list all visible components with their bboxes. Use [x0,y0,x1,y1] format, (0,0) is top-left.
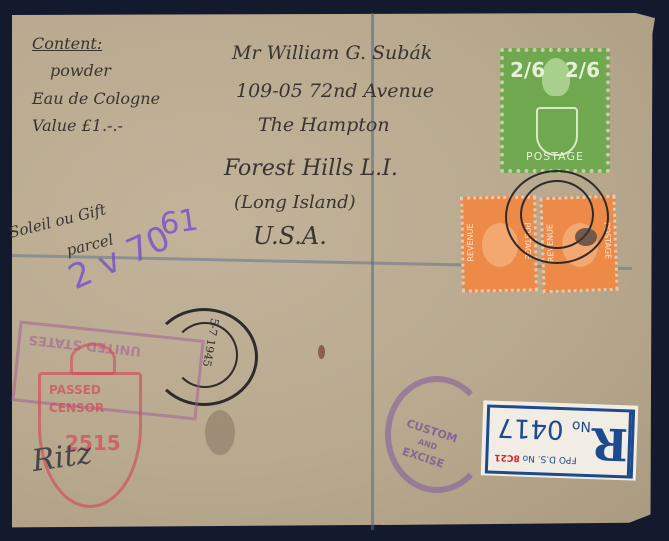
stamp-2s6d-green: 2/6 2/6 POSTAGE [500,48,610,173]
address-line: Mr William G. Subák [232,42,432,64]
registration-label: R No 0417 FPO D.S. No 8C21 [481,400,639,480]
address-line: 109-05 72nd Avenue [236,80,434,102]
crown-icon [70,343,116,375]
stain [205,410,235,455]
address-line: The Hampton [258,114,390,136]
contents-line: powder [50,61,111,80]
address-country: U.S.A. [253,222,327,250]
shield-text: CENSOR [49,401,104,415]
ink-spot [318,345,325,359]
registration-office: FPO D.S. No 8C21 [494,452,577,465]
royal-arms-icon [536,107,578,156]
stamp-value: 2/6 [510,58,545,82]
registration-letter: R [591,411,632,475]
stamp-value: 2/6 [565,58,600,82]
address-line: (Long Island) [234,192,356,213]
contents-line: Eau de Cologne [32,89,160,108]
contents-heading: Content: [32,34,102,53]
customs-excise-stamp: CUSTOM AND EXCISE [385,376,489,493]
stamp-label: REVENUE [466,223,476,261]
address-city: Forest Hills L.I. [224,156,398,181]
stamp-label: POSTAGE [504,150,606,163]
registration-number: No 0417 [497,412,591,445]
contents-value: Value £1.-.- [32,116,123,135]
shield-text: PASSED [49,383,101,397]
postmark-smudge [575,228,597,246]
